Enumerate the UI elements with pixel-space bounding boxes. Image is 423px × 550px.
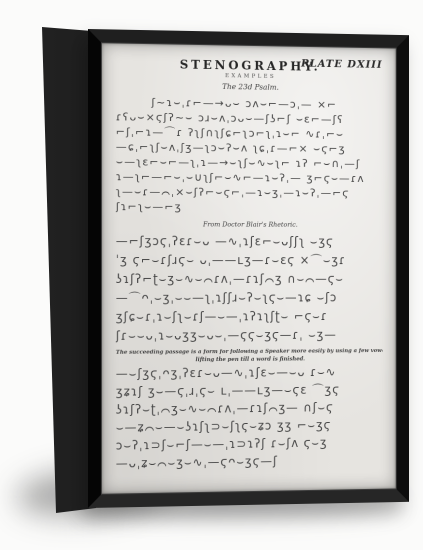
plate-number: PLATE DXIII <box>301 58 382 71</box>
picture-frame: STENOGRAPHY. PLATE DXIII EXAMPLES The 23… <box>88 29 409 508</box>
shorthand-line: —ᴗˌʑ⌣⌒⌣ʒ⌣∿ˌ—ϛᴖ⌣ʒϛ—ʃ <box>116 451 383 473</box>
shorthand-section-speed: —⌣ʃʒϛˌᴖʒˌʔɛɾ⌣ᴗ—∿ˌɿʃɛ⌣—⌣ᴗ ɾ⌣∿ ʒʑɿʃ ʒ⌣—ϛˌɹ… <box>116 363 383 473</box>
examples-heading: EXAMPLES <box>116 71 383 81</box>
shorthand-line: ˈʒ ϛ⌐⌣ɾʃɹϛ⌣ ᴗˌ——ʟʒ—ɾ⌣ɛϛ ×⌒⌣ʒɾ <box>116 251 383 270</box>
shorthand-line: —⌐ʃʒɔϛˌʔɛɾ⌣ᴗ —∿ˌɿʃɛ⌐⌣ᴗʃʃʅ ⌣ʒϛ <box>116 232 383 251</box>
plate-title: STENOGRAPHY. <box>180 58 321 74</box>
shorthand-line: ʃɿ⌐ʅ⌣—⌐ʒ <box>116 199 383 215</box>
plate-header: STENOGRAPHY. PLATE DXIII <box>116 52 383 72</box>
shorthand-line: ʖɿʃʔ⌐ʈ⌣ʒ⌣∿⌣⌒ɾʌˌ—ɾɿʃ⌒ʒ ∩⌣⌒—ϛ⌣ <box>116 270 383 289</box>
rhetoric-heading: From Doctor Blair's Rhetoric. <box>116 220 383 229</box>
psalm-heading: The 23d Psalm. <box>116 80 383 93</box>
shorthand-line: ʃɾ⌣⌣ᴗˌɿ⌣ᴗʒʒ⌣ᴗ⌣ˌ—ϛϛ⌣ʒϛ—ɾˌ ⌣ʒ— <box>116 326 383 346</box>
shorthand-line: —⌒ᴖˌ⌣ʒˌ⌣⌣—ʅˌɿʃʃɹ⌣ʔ⌣ʅϛ⌣—ɿɕ ⌣ʃɔ <box>116 289 383 308</box>
plate-page: STENOGRAPHY. PLATE DXIII EXAMPLES The 23… <box>102 43 396 493</box>
shorthand-section-rhetoric: —⌐ʃʒɔϛˌʔɛɾ⌣ᴗ —∿ˌɿʃɛ⌐⌣ᴗʃʃʅ ⌣ʒϛ ˈʒ ϛ⌐⌣ɾʃɹϛ… <box>116 232 383 346</box>
shorthand-line: ʒʃɕ⌣ɾˌɿ⌣ʃʅ⌣ɾʃ—⌣—ˌɿʔɿʅʃʈ⌣ ⌐ϛ⌣ɾ <box>116 307 383 327</box>
framed-stenography-print: STENOGRAPHY. PLATE DXIII EXAMPLES The 23… <box>0 0 423 550</box>
shorthand-section-psalm: ʃ~ɿ⌣ˌɾ⌐—→ᴗ⌣ ɔʌ⌣⌐—ɔˌ— ×⌐ ɾʕᴗ⌣×ϛʃʔ~⌣ ɔɹ⌣ʌˌ… <box>116 94 383 215</box>
shorthand-line: ʅ—⌣ɾ—⌒ˌ×⌣ʃʔ⌐⌣ϛ⌐ˌ—ɿ⌣ʒˌ—ɿ⌣ʔˌ—⌐ϛ <box>116 184 383 200</box>
